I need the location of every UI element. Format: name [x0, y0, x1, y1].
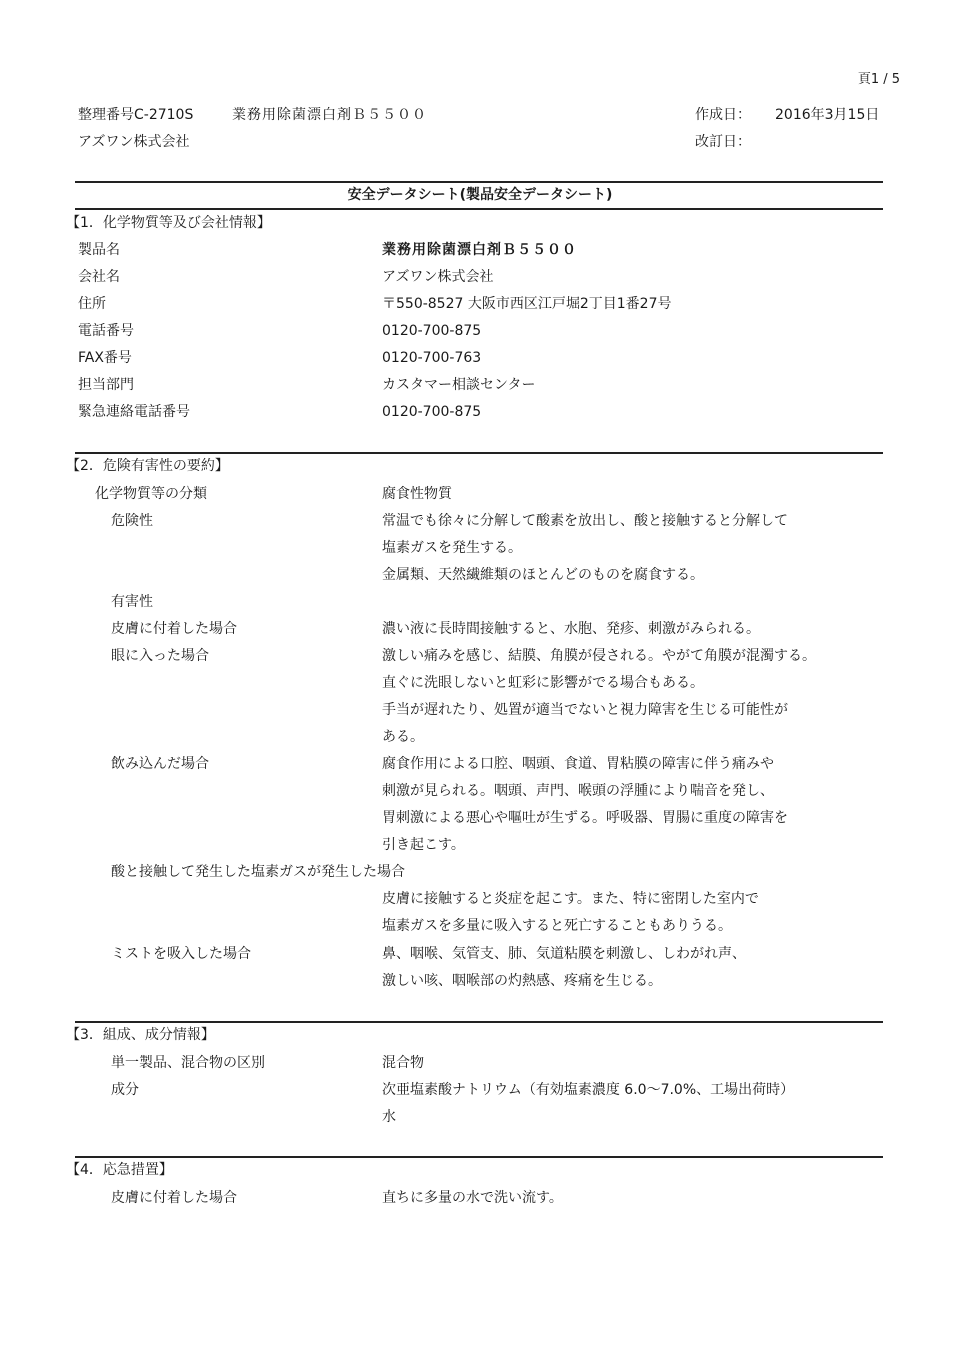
first-aid-skin-label: 皮膚に付着した場合 [111, 1189, 237, 1207]
chlorine-gas-line: 皮膚に接触すると炎症を起こす。また、特に密閉した室内で [382, 890, 759, 908]
component-label: 成分 [111, 1081, 139, 1099]
company-name-value: アズワン株式会社 [382, 268, 493, 286]
ingestion-line: 刺激が見られる。咽頭、声門、喉頭の浮腫により喘音を発し、 [382, 782, 774, 800]
section4-heading: 【4．応急措置】 [66, 1161, 173, 1179]
product-name-label: 製品名 [78, 241, 120, 259]
toxicity-label: 有害性 [111, 593, 153, 611]
eye-contact-label: 眼に入った場合 [111, 647, 209, 665]
eye-contact-line: 手当が遅れたり、処置が適当でないと視力障害を生じる可能性が [382, 701, 788, 719]
chlorine-gas-label: 酸と接触して発生した塩素ガスが発生した場合 [111, 863, 405, 881]
eye-contact-line: 激しい痛みを感じ、結膜、角膜が侵される。やがて角膜が混濁する。 [382, 647, 816, 665]
section3-heading: 【3．組成、成分情報】 [66, 1026, 215, 1044]
ingestion-label: 飲み込んだ場合 [111, 755, 209, 773]
document-number: 整理番号C-2710S [78, 106, 193, 124]
classification-value: 腐食性物質 [382, 485, 452, 503]
first-aid-skin-value: 直ちに多量の水で洗い流す。 [382, 1189, 563, 1207]
product-name-value: 業務用除菌漂白剤Ｂ５５００ [382, 241, 577, 259]
section2-rule [75, 452, 883, 454]
hazard-label: 危険性 [111, 512, 153, 530]
section2-heading: 【2．危険有害性の要約】 [66, 457, 229, 475]
eye-contact-line: ある。 [382, 728, 424, 746]
ingestion-line: 引き起こす。 [382, 836, 465, 854]
header-product-name: 業務用除菌漂白剤Ｂ５５００ [232, 106, 427, 124]
skin-contact-label: 皮膚に付着した場合 [111, 620, 237, 638]
fax-label: FAX番号 [78, 349, 132, 367]
company-name-label: 会社名 [78, 268, 120, 286]
address-label: 住所 [78, 295, 106, 313]
fax-value: 0120-700-763 [382, 349, 481, 367]
hazard-line: 塩素ガスを発生する。 [382, 539, 522, 557]
title-bottom-rule [75, 208, 883, 210]
emergency-phone-value: 0120-700-875 [382, 403, 481, 421]
section4-rule [75, 1156, 883, 1158]
phone-value: 0120-700-875 [382, 322, 481, 340]
mist-inhalation-label: ミストを吸入した場合 [111, 945, 251, 963]
component-line: 水 [382, 1108, 396, 1126]
created-date-value: 2016年3月15日 [775, 106, 879, 124]
chlorine-gas-line: 塩素ガスを多量に吸入すると死亡することもありうる。 [382, 917, 732, 935]
emergency-phone-label: 緊急連絡電話番号 [78, 403, 190, 421]
section3-rule [75, 1021, 883, 1023]
section1-heading: 【1．化学物質等及び会社情報】 [66, 214, 271, 232]
product-type-value: 混合物 [382, 1054, 424, 1072]
classification-label: 化学物質等の分類 [95, 485, 207, 503]
phone-label: 電話番号 [78, 322, 134, 340]
ingestion-line: 腐食作用による口腔、咽頭、食道、胃粘膜の障害に伴う痛みや [382, 755, 774, 773]
product-type-label: 単一製品、混合物の区別 [111, 1054, 265, 1072]
page-number: 頁1 / 5 [858, 71, 900, 89]
header-company: アズワン株式会社 [78, 133, 189, 151]
department-value: カスタマー相談センター [382, 376, 535, 394]
document-title: 安全データシート(製品安全データシート) [0, 186, 960, 204]
hazard-line: 金属類、天然繊維類のほとんどのものを腐食する。 [382, 566, 704, 584]
eye-contact-line: 直ぐに洗眼しないと虹彩に影響がでる場合もある。 [382, 674, 704, 692]
revised-date-label: 改訂日： [695, 133, 751, 151]
mist-inhalation-line: 激しい咳、咽喉部の灼熱感、疼痛を生じる。 [382, 972, 662, 990]
ingestion-line: 胃刺激による悪心や嘔吐が生ずる。呼吸器、胃腸に重度の障害を [382, 809, 788, 827]
created-date-label: 作成日： [695, 106, 751, 124]
department-label: 担当部門 [78, 376, 134, 394]
title-top-rule [75, 181, 883, 183]
skin-contact-line: 濃い液に長時間接触すると、水胞、発疹、刺激がみられる。 [382, 620, 760, 638]
hazard-line: 常温でも徐々に分解して酸素を放出し、酸と接触すると分解して [382, 512, 788, 530]
address-value: 〒550-8527 大阪市西区江戸堀2丁目1番27号 [382, 295, 671, 313]
component-line: 次亜塩素酸ナトリウム（有効塩素濃度 6.0～7.0%、工場出荷時） [382, 1081, 794, 1099]
mist-inhalation-line: 鼻、咽喉、気管支、肺、気道粘膜を刺激し、しわがれ声、 [382, 945, 746, 963]
